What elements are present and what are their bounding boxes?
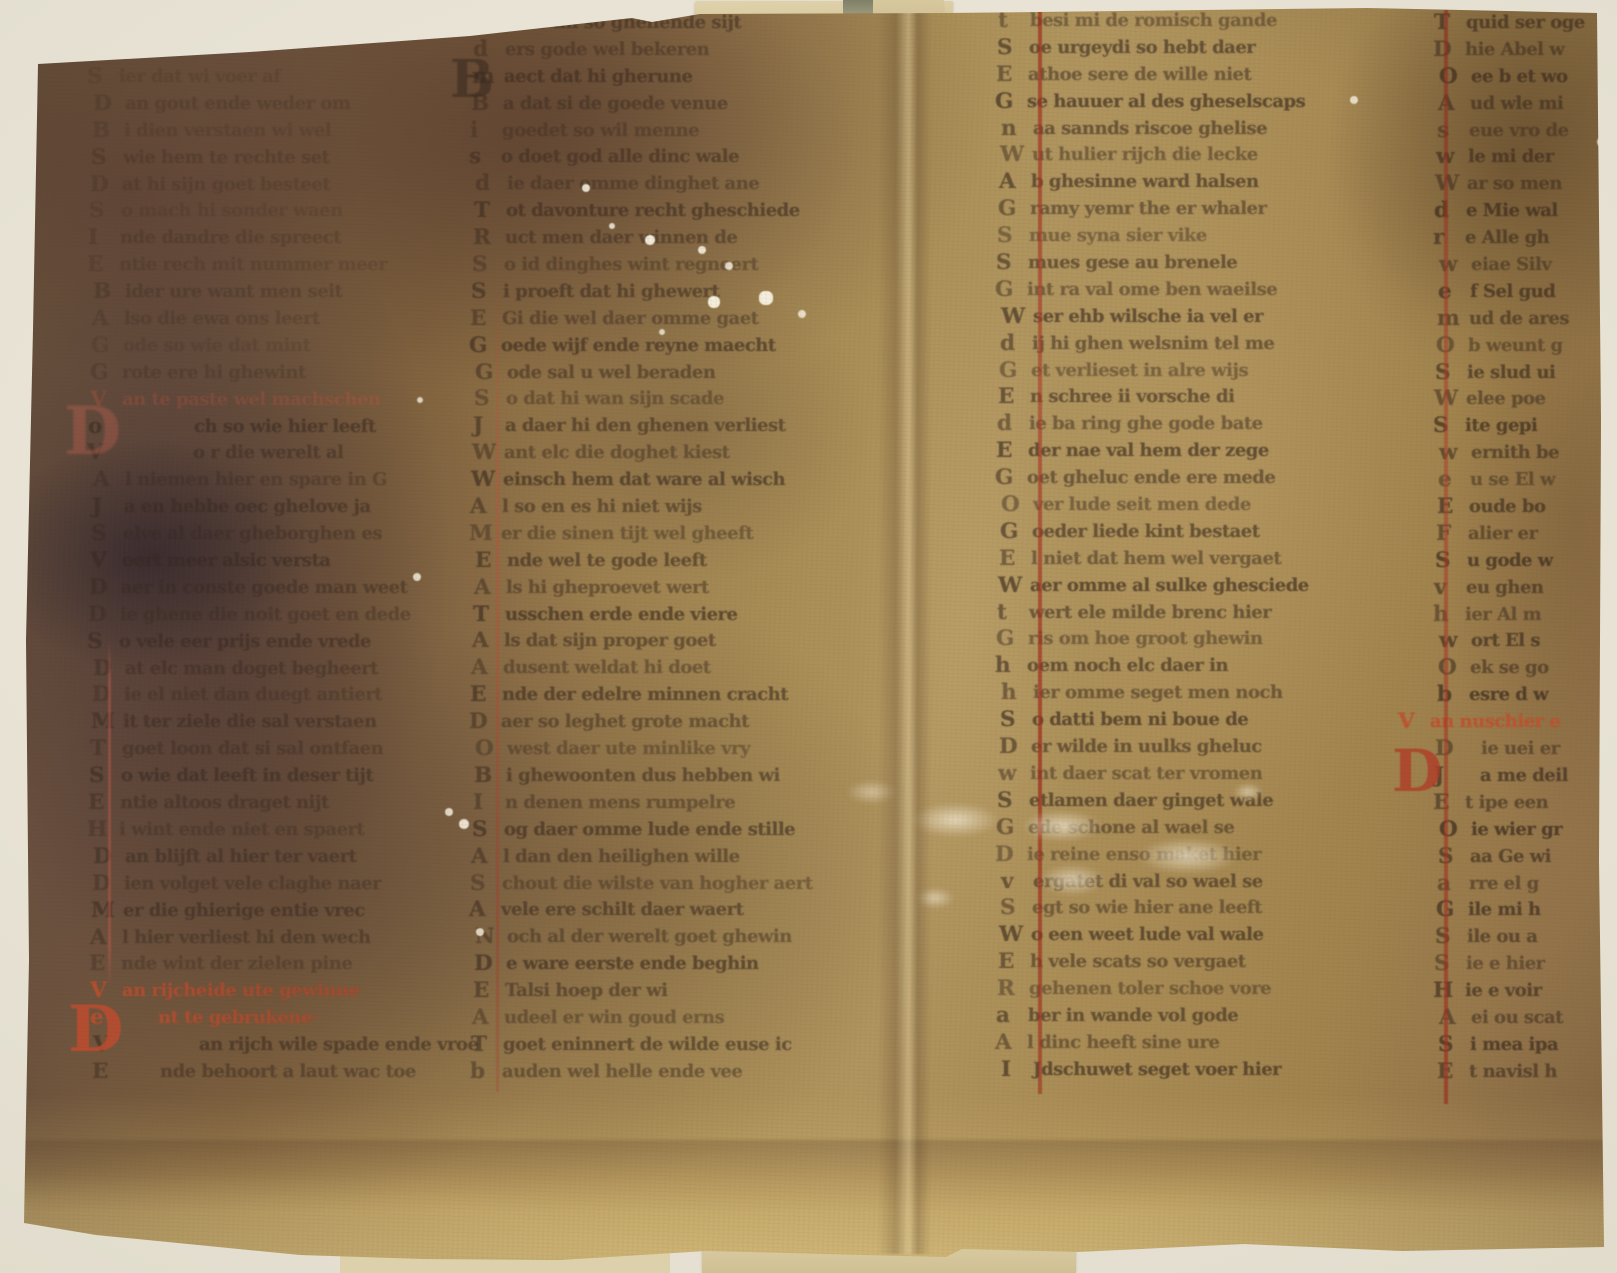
text-line: So mach hi sonder waen: [86, 200, 477, 227]
line-initial: D: [89, 575, 107, 600]
text-line: Al niemen hier en spare in G: [89, 469, 478, 496]
line-text: an rijch wile spade ende vroe: [199, 1034, 478, 1055]
line-initial: E: [470, 306, 486, 331]
line-initial: i: [470, 118, 478, 143]
text-line: Hie e voir: [1390, 980, 1601, 1007]
text-line: wle mi der: [1390, 146, 1604, 173]
manuscript-photo: Sier dat wi voer afDan gout ende weder o…: [0, 0, 1617, 1273]
line-text: ee b et wo: [1471, 66, 1568, 87]
text-line: Grote ere hi ghewint: [86, 362, 478, 389]
text-line: arre el g: [1391, 873, 1604, 900]
line-initial: S: [89, 198, 104, 223]
line-text: nde behoort a laut wac toe: [160, 1061, 416, 1082]
line-initial: A: [92, 306, 108, 331]
line-initial: A: [93, 467, 109, 492]
text-line: Tgoet eninnert de wilde euse ic: [468, 1034, 877, 1061]
text-line: Die ghene die noit goet en dede: [86, 604, 476, 631]
text-line: Sog daer omme lude ende stille: [468, 819, 878, 846]
line-initial: D: [93, 91, 111, 116]
line-initial: G: [995, 465, 1013, 490]
text-line: dij hi ghen welsnim tel me: [996, 333, 1396, 360]
line-text: ud wle mi: [1470, 93, 1563, 114]
line-text: ie slud ui: [1467, 362, 1555, 383]
text-line: Ja daer hi den ghenen verliest: [469, 415, 878, 442]
line-text: eiae Silv: [1471, 254, 1551, 275]
line-text: ie ba ring ghe gode bate: [1029, 413, 1263, 434]
line-text: it ter ziele die sal verstaen: [123, 711, 377, 732]
text-line: twert ele milde brenc hier: [994, 602, 1395, 629]
line-initial: I: [88, 225, 98, 250]
text-line: Sie slud ui: [1390, 362, 1603, 389]
line-initial: G: [995, 89, 1013, 114]
line-text: l dinc heeft sine ure: [1027, 1032, 1219, 1053]
text-line: Hi wint ende niet en spaert: [86, 819, 475, 846]
text-line: Mer die sinen tijt wel gheeft: [468, 523, 875, 550]
line-text: ort El s: [1471, 630, 1540, 651]
line-initial: W: [999, 922, 1023, 947]
line-initial: H: [87, 817, 107, 842]
line-initial: r: [1433, 225, 1444, 250]
line-text: ek se go: [1470, 657, 1549, 678]
text-line: Ja en hebbe oec ghelove ja: [88, 496, 478, 523]
line-initial: E: [996, 62, 1012, 87]
text-line: Entie rech mit nummer meer: [86, 254, 475, 281]
line-text: o datti bem ni boue de: [1032, 709, 1248, 730]
line-initial: A: [469, 897, 485, 922]
line-text: at elc man doget begheert: [125, 658, 378, 679]
text-line: Der wilde in uulks gheluc: [995, 736, 1396, 763]
line-initial: E: [998, 949, 1014, 974]
text-line: Falier er: [1390, 523, 1604, 550]
line-text: ant elc die doghet kiest: [504, 442, 730, 463]
text-line: Sile ou a: [1390, 926, 1603, 953]
line-initial: H: [1433, 978, 1453, 1003]
line-text: aer in conste goede man weet: [121, 577, 407, 598]
text-line: Tgoet loon dat si sal ontfaen: [86, 738, 478, 765]
line-text: wert ele milde brenc hier: [1029, 602, 1271, 623]
text-line: Wut hulier rijch die lecke: [996, 144, 1396, 171]
text-line: Gse hauuer al des gheselscaps: [994, 91, 1393, 118]
line-text: l dan den heilighen wille: [503, 846, 740, 867]
line-initial: J: [92, 494, 102, 519]
line-text: elee poe: [1466, 388, 1546, 409]
line-initial: B: [93, 279, 111, 304]
line-initial: E: [89, 951, 105, 976]
line-initial: D: [90, 172, 108, 197]
line-text: der nae val hem der zege: [1028, 440, 1269, 461]
text-line: Wo een weet lude val wale: [995, 924, 1396, 951]
line-text: ier Al m: [1465, 604, 1541, 625]
line-text: t ipe een: [1465, 792, 1548, 813]
line-text: ris om hoe groot ghewin: [1028, 628, 1263, 649]
line-text: o mach hi sonder waen: [121, 200, 343, 221]
line-initial: w: [1439, 628, 1457, 653]
text-line: Ende wel te gode leeft: [471, 550, 878, 577]
line-text: le mi der: [1468, 146, 1554, 167]
line-text: Gi die wel daer omme gaet: [502, 308, 758, 329]
line-text: ier dat wi voer af: [119, 66, 281, 87]
text-line: Voert meer alsic versta: [86, 550, 478, 577]
line-text: egt so wie hier ane leeft: [1032, 897, 1262, 918]
line-initial: V: [90, 548, 106, 573]
text-line: Mer die ghierige entie vrec: [87, 900, 478, 927]
line-initial: G: [996, 815, 1014, 840]
line-initial: D: [995, 842, 1013, 867]
line-text: oeder liede kint bestaet: [1032, 521, 1260, 542]
text-line: Gode sal u wel beraden: [471, 362, 878, 389]
line-initial: W: [1001, 304, 1025, 329]
text-line: wort El s: [1393, 630, 1604, 657]
line-text: i proeft dat hi ghewert: [503, 281, 719, 302]
line-initial: T: [90, 736, 106, 761]
line-initial: S: [474, 386, 489, 411]
line-text: mues gese au brenele: [1028, 252, 1237, 273]
text-line: naa sannds riscoe ghelise: [997, 118, 1396, 145]
line-initial: D: [999, 734, 1017, 759]
text-line: wint daer scat ter vromen: [994, 763, 1396, 790]
text-line: Segt so wie hier ane leeft: [996, 897, 1396, 924]
text-line: Ob weunt g: [1390, 335, 1604, 362]
line-initial: D: [469, 709, 487, 734]
line-text: o wie dat leeft in deser tijt: [121, 765, 373, 786]
text-line: So wie dat leeft in deser tijt: [86, 765, 477, 792]
line-text: ergatet di val so wael se: [1033, 871, 1263, 892]
line-text: an te paste wel machschen: [122, 389, 381, 410]
line-text: ver lude seit men dede: [1033, 494, 1251, 515]
line-initial: A: [474, 575, 490, 600]
text-line: Smue syna sier vike: [994, 225, 1395, 252]
line-initial: D: [88, 602, 106, 627]
text-line: Et navisl h: [1391, 1061, 1604, 1088]
line-text: ramy yemr the er whaler: [1030, 198, 1266, 219]
line-text: an rijcheide ute gewinne: [122, 980, 360, 1001]
text-line: re Alle gh: [1390, 227, 1601, 254]
line-text: b weunt g: [1468, 335, 1563, 356]
line-text: f Sel gud: [1470, 281, 1555, 302]
line-initial: v: [1001, 869, 1013, 894]
column-rule-red-3: [1038, 8, 1042, 1094]
text-line: Goet gheluc ende ere mede: [994, 467, 1393, 494]
text-line: Si proeft dat hi ghewert: [468, 281, 877, 308]
line-initial: a: [996, 1003, 1009, 1028]
line-initial: S: [1435, 360, 1450, 385]
rubric-initial-column-4: D: [1392, 742, 1442, 800]
line-text: ie reine enso maket hier: [1027, 844, 1261, 865]
text-line: So dat hi wan sijn scade: [470, 388, 878, 415]
line-text: vele ere schilt daer waert: [501, 899, 743, 920]
line-text: int ra val ome ben waeilse: [1027, 279, 1277, 300]
text-line: ef Sel gud: [1392, 281, 1604, 308]
text-line: En schree ii vorsche di: [994, 386, 1396, 413]
line-initial: G: [996, 626, 1014, 651]
line-text: west daer ute minlike vry: [507, 738, 750, 759]
ink-initial-column-2: B: [450, 54, 494, 106]
line-text: eue vro de: [1469, 120, 1569, 141]
line-initial: G: [1000, 519, 1018, 544]
line-text: auden wel helle ende vee: [502, 1061, 742, 1082]
text-line: Die el niet dan duegt antiert: [88, 684, 478, 711]
line-text: chout die wilste van hogher aert: [502, 873, 813, 894]
line-initial: s: [469, 144, 481, 169]
line-initial: T: [471, 1032, 487, 1057]
text-line: Aud wle mi: [1392, 93, 1604, 120]
line-initial: G: [474, 12, 492, 35]
line-initial: O: [475, 736, 493, 761]
text-line: Oie wier gr: [1393, 819, 1604, 846]
line-initial: b: [470, 1059, 485, 1084]
line-text: Jdschuwet seget voer hier: [1033, 1059, 1281, 1080]
line-text: ot davonture recht gheschiede: [506, 200, 800, 221]
text-line: Bider ure want men seit: [89, 281, 478, 308]
line-text: i die mi so ghehende sijt: [506, 12, 741, 33]
text-line: Si mea ipa: [1392, 1034, 1604, 1061]
text-line: Swie hem te rechte set: [87, 147, 478, 174]
line-text: a en hebbe oec ghelove ja: [124, 496, 371, 517]
text-column-2: Gi die mi so ghehende sijtders gode wel …: [468, 12, 878, 1094]
line-initial: N: [475, 924, 494, 949]
text-line: vergatet di val so wael se: [997, 871, 1396, 898]
line-text: o r die werelt al: [193, 442, 343, 463]
line-text: i wint ende niet en spaert: [119, 819, 364, 840]
line-initial: A: [472, 628, 488, 653]
line-initial: E: [88, 790, 104, 815]
line-initial: d: [1000, 331, 1015, 356]
line-text: rre el g: [1469, 873, 1539, 894]
line-initial: A: [471, 844, 487, 869]
line-text: nt te gebrukene·: [158, 1007, 318, 1028]
line-initial: E: [996, 438, 1012, 463]
line-text: an nuschier e: [1430, 711, 1560, 732]
text-line: Smues gese au brenele: [994, 252, 1394, 279]
text-line: Tquid ser oge: [1390, 12, 1602, 39]
line-text: l niemen hier en spare in G: [125, 469, 387, 490]
text-line: wernith be: [1393, 442, 1604, 469]
line-text: aa Ge wi: [1470, 846, 1551, 867]
text-line: Waer omme al sulke ghesciede: [994, 575, 1396, 602]
line-initial: S: [996, 250, 1011, 275]
line-initial: S: [1435, 548, 1450, 573]
line-initial: A: [995, 1030, 1011, 1055]
text-line: t besi mi de romisch gande: [994, 10, 1396, 37]
line-text: n schree ii vorsche di: [1030, 386, 1234, 407]
text-line: Soe urgeydi so hebt daer: [994, 37, 1395, 64]
line-text: ile mi h: [1468, 899, 1541, 920]
line-initial: S: [997, 223, 1012, 248]
line-initial: S: [91, 145, 106, 170]
rubric-line: Van te paste wel machschen: [86, 389, 478, 416]
line-initial: W: [998, 573, 1022, 598]
line-initial: R: [997, 976, 1014, 1001]
text-line: Ba dat si de goede venue: [468, 93, 877, 120]
line-initial: J: [473, 413, 483, 438]
line-text: ij hi ghen welsnim tel me: [1032, 333, 1274, 354]
line-text: b ghesinne ward halsen: [1031, 171, 1259, 192]
line-initial: G: [998, 196, 1016, 221]
text-line: Eder nae val hem der zege: [994, 440, 1394, 467]
line-initial: E: [87, 252, 103, 277]
text-line: Tusschen erde ende viere: [469, 604, 878, 631]
text-line: die ba ring ghe gode bate: [994, 413, 1395, 440]
text-line: Noch al der werelt goet ghewin: [471, 926, 878, 953]
text-line: ders gode wel bekeren: [469, 39, 878, 66]
text-line: Adusent weldat hi doet: [468, 657, 877, 684]
line-text: o dat hi wan sijn scade: [506, 388, 724, 409]
line-initial: W: [472, 440, 496, 465]
text-line: bauden wel helle ende vee: [468, 1061, 876, 1088]
line-text: aer omme al sulke ghesciede: [1030, 575, 1309, 596]
text-line: weiae Silv: [1393, 254, 1604, 281]
line-text: o een weet lude val wale: [1031, 924, 1263, 945]
line-text: er die ghierige entie vrec: [123, 900, 365, 921]
line-text: ien volget vele claghe naer: [124, 873, 381, 894]
line-text: ls dat sijn proper goet: [504, 630, 716, 651]
line-text: quid ser oge: [1466, 12, 1585, 33]
line-text: aa sannds riscoe ghelise: [1033, 118, 1267, 139]
line-text: a daer hi den ghenen verliest: [505, 415, 785, 436]
line-text: einsch hem dat ware al wisch: [503, 469, 785, 490]
text-line: Saa Ge wi: [1392, 846, 1604, 873]
line-initial: D: [1433, 37, 1451, 62]
text-line: El niet dat hem wel vergaet: [995, 548, 1396, 575]
line-text: at hi sijn goet besteet: [122, 174, 330, 195]
line-text: i dien verstaen wi wel: [124, 120, 331, 141]
line-text: e ware eerste ende beghin: [506, 953, 759, 974]
text-line: Owest daer ute minlike vry: [471, 738, 878, 765]
line-initial: V: [1398, 709, 1414, 734]
text-line: Dien volget vele claghe naer: [88, 873, 478, 900]
line-text: t navisl h: [1469, 1061, 1557, 1082]
text-line: Al dinc heeft sine ure: [994, 1032, 1393, 1059]
text-line: Avele ere schilt daer waert: [468, 899, 875, 926]
text-line: hoem noch elc daer in: [994, 655, 1393, 682]
text-line: hier omme seget men noch: [997, 682, 1396, 709]
text-line: Als dat sijn proper goet: [468, 630, 878, 657]
line-initial: T: [473, 602, 489, 627]
line-initial: G: [999, 358, 1017, 383]
line-text: gehenen toler schoe vore: [1029, 978, 1271, 999]
text-line: aber in wande vol gode: [994, 1005, 1394, 1032]
line-text: besi mi de romisch gande: [1030, 10, 1277, 31]
text-line: Eathoe sere de wille niet: [994, 64, 1394, 91]
line-text: udeel er win goud erns: [504, 1007, 724, 1028]
line-initial: G: [995, 277, 1013, 302]
text-line: Vo r die werelt al: [86, 442, 475, 469]
text-line: Mit ter ziele die sal verstaen: [87, 711, 478, 738]
line-text: dusent weldat hi doet: [503, 657, 711, 678]
text-line: Entie altoos draget nijt: [86, 792, 476, 819]
line-initial: S: [997, 35, 1012, 60]
line-text: ie el niet dan duegt antiert: [124, 684, 382, 705]
text-line: Ab ghesinne ward halsen: [995, 171, 1396, 198]
line-text: nde wel te gode leeft: [507, 550, 707, 571]
line-text: rote ere hi ghewint: [122, 362, 306, 383]
text-line: Over lude seit men dede: [997, 494, 1396, 521]
text-line: Want elc die doghet kiest: [468, 442, 878, 469]
text-line: Dat hi sijn goet besteet: [86, 174, 478, 201]
text-line: Dat elc man doget begheert: [89, 658, 478, 685]
line-text: ei ou scat: [1471, 1007, 1563, 1028]
line-initial: S: [91, 521, 106, 546]
line-initial: O: [1001, 492, 1019, 517]
text-line: Al hier verliest hi den wech: [86, 927, 478, 954]
text-line: Al dan den heilighen wille: [468, 846, 877, 873]
line-initial: S: [1000, 707, 1015, 732]
line-initial: w: [998, 761, 1016, 786]
line-text: oem noch elc daer in: [1027, 655, 1228, 676]
text-line: Get verlieset in alre wijs: [995, 360, 1396, 387]
text-line: die daer omme dinghet ane: [471, 173, 878, 200]
line-text: ser ehb wilsche ia vel er: [1033, 306, 1263, 327]
line-text: oede wijf ende reyne maecht: [501, 335, 776, 356]
text-line: Tot davonture recht gheschiede: [470, 200, 878, 227]
line-text: aect dat hi gherune: [504, 66, 692, 87]
text-line: In denen mens rumpelre: [469, 792, 878, 819]
line-text: ier omme seget men noch: [1033, 682, 1283, 703]
line-text: i ghewoonten dus hebben wi: [506, 765, 780, 786]
text-line: So vele eer prijs ende vrede: [86, 631, 475, 658]
text-line: ETalsi hoep der wi: [469, 980, 878, 1007]
text-line: Gris om hoe groot ghewin: [994, 628, 1394, 655]
line-text: u se El w: [1470, 469, 1555, 490]
line-text: mue syna sier vike: [1029, 225, 1207, 246]
text-line: Dan gout ende weder om: [89, 93, 478, 120]
bottom-light-band: [20, 1140, 1610, 1260]
line-initial: T: [474, 198, 490, 223]
line-text: etlamen daer ginget wale: [1029, 790, 1273, 811]
column-rule-red-4: [1444, 10, 1448, 1104]
line-text: ie e hier: [1466, 953, 1545, 974]
line-text: hie Abel w: [1465, 39, 1564, 60]
text-line: Oek se go: [1392, 657, 1604, 684]
line-text: ar so men: [1467, 173, 1562, 194]
text-line: IJdschuwet seget voer hier: [997, 1059, 1396, 1086]
line-initial: E: [998, 384, 1014, 409]
rubric-initial-faded: D: [64, 398, 121, 464]
line-text: ntie altoos draget nijt: [120, 792, 329, 813]
line-text: i mea ipa: [1470, 1034, 1558, 1055]
line-text: aer so leghet grote macht: [501, 711, 749, 732]
text-line: besre d w: [1391, 684, 1604, 711]
line-initial: m: [1437, 306, 1459, 331]
line-initial: n: [1001, 116, 1016, 141]
text-line: Schout die wilste van hogher aert: [468, 873, 876, 900]
line-text: elve al daer gheborghen es: [123, 523, 382, 544]
text-line: Dan blijft al hier ter vaert: [89, 846, 478, 873]
line-text: ode so wie dat mint: [123, 335, 310, 356]
line-text: nde der edelre minnen cracht: [502, 684, 788, 705]
text-line: Goeder liede kint bestaet: [996, 521, 1396, 548]
line-text: e Mie wal: [1466, 200, 1558, 221]
line-initial: w: [1439, 440, 1457, 465]
line-initial: A: [999, 169, 1015, 194]
line-text: h vele scats so vergaet: [1030, 951, 1246, 972]
line-text: u gode w: [1467, 550, 1553, 571]
line-initial: d: [997, 411, 1012, 436]
line-text: ch so wie hier leeft: [194, 416, 376, 437]
text-line: Daer in conste goede man weet: [86, 577, 477, 604]
line-initial: t: [997, 600, 1006, 625]
line-initial: S: [87, 66, 102, 89]
text-line: Ende der edelre minnen cracht: [468, 684, 876, 711]
column-rule-red-1: [108, 640, 111, 988]
text-line: Goede wijf ende reyne maecht: [468, 335, 875, 362]
line-text: athoe sere de wille niet: [1028, 64, 1251, 85]
line-initial: O: [1439, 817, 1457, 842]
line-initial: A: [471, 655, 487, 680]
line-initial: R: [473, 225, 490, 250]
text-line: De ware eerste ende beghin: [470, 953, 878, 980]
text-line: Gramy yemr the er whaler: [994, 198, 1396, 225]
